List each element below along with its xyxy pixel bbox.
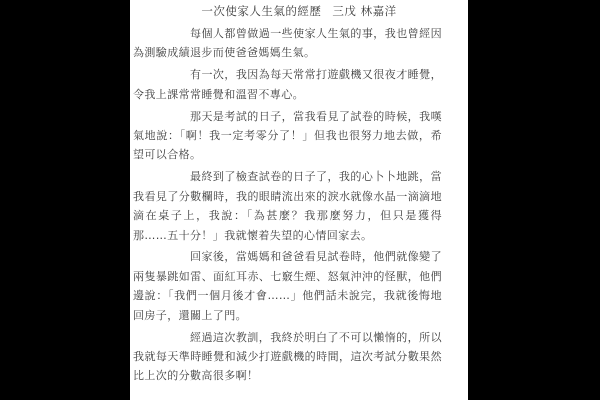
essay-paragraph: 回家後，當媽媽和爸爸看見試卷時，他們就像變了兩隻暴跳如雷、面紅耳赤、七竅生煙、怒… [133,247,442,325]
essay-paragraph: 那天是考試的日子，當我看見了試卷的時候，我嘆氣地說：「啊！我一定考零分了！」但我… [133,107,442,165]
essay-title: 一次使家人生氣的經歷三戊 林嘉洋 [130,0,468,19]
essay-title-text: 一次使家人生氣的經歷 [201,4,321,18]
essay-body: 每個人都曾做過一些使家人生氣的事，我也曾經因為測驗成績退步而使爸爸媽媽生氣。有一… [133,24,442,386]
essay-paragraph: 有一次，我因為每天常常打遊戲機又很夜才睡覺，令我上課常常睡覺和溫習不專心。 [133,65,442,104]
letterbox-background: { "page": { "background_color": "#000000… [0,0,600,400]
essay-paragraph: 經過這次教訓，我終於明白了不可以懶惰的，所以我就每天準時睡覺和減少打遊戲機的時間… [133,328,442,386]
essay-byline: 三戊 林嘉洋 [332,4,396,18]
document-page: 一次使家人生氣的經歷三戊 林嘉洋 每個人都曾做過一些使家人生氣的事，我也曾經因為… [130,0,468,400]
essay-paragraph: 最終到了檢查試卷的日子了，我的心卜卜地跳，當我看見了分數欄時，我的眼睛流出來的淚… [133,167,442,245]
essay-paragraph: 每個人都曾做過一些使家人生氣的事，我也曾經因為測驗成績退步而使爸爸媽媽生氣。 [133,24,442,63]
